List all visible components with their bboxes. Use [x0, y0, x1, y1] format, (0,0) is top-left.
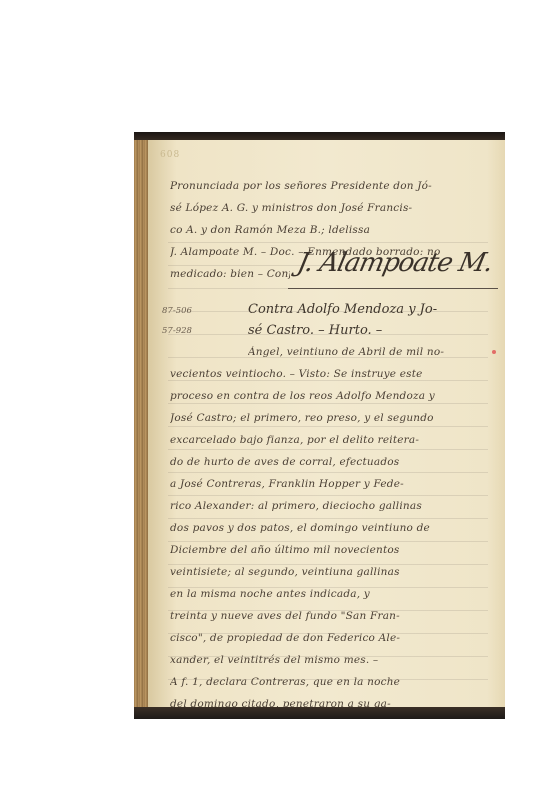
signature-underline	[288, 288, 498, 289]
body-line: en la misma noche antes indicada, y	[170, 588, 488, 600]
case-title: Contra Adolfo Mendoza y Jo-	[248, 302, 437, 317]
body-line: vecientos veintiocho. – Visto: Se instru…	[170, 368, 488, 380]
body-line: do de hurto de aves de corral, efectuado…	[170, 456, 488, 468]
body-line: dos pavos y dos patos, el domingo veinti…	[170, 522, 488, 534]
body-line: veintisiete; al segundo, veintiuna galli…	[170, 566, 488, 578]
body-line: a José Contreras, Franklin Hopper y Fede…	[170, 478, 488, 490]
body-line: proceso en contra de los reos Adolfo Men…	[170, 390, 488, 402]
signature: J. Alampoate M.	[295, 248, 495, 278]
header-line: sé López A. G. y ministros don José Fran…	[170, 202, 488, 214]
laser-dot	[492, 350, 496, 354]
document-photo: 608 Pronunciada por los señores Presiden…	[134, 132, 505, 719]
body-line: excarcelado bajo fianza, por el delito r…	[170, 434, 488, 446]
body-line: rico Alexander: al primero, dieciocho ga…	[170, 500, 488, 512]
body-line: José Castro; el primero, reo preso, y el…	[170, 412, 488, 424]
body-line: A f. 1, declara Contreras, que en la noc…	[170, 676, 488, 688]
photo-bottom-shadow	[134, 707, 505, 719]
page-number: 608	[160, 150, 180, 160]
body-line: Diciembre del año último mil novecientos	[170, 544, 488, 556]
body-line: cisco", de propiedad de don Federico Ale…	[170, 632, 488, 644]
body-line: Ángel, veintiuno de Abril de mil no-	[248, 346, 488, 358]
header-line: co A. y don Ramón Meza B.; ldelissa	[170, 224, 488, 236]
header-line: medicado: bien – Conforme.	[170, 268, 290, 280]
case-title: sé Castro. – Hurto. –	[248, 323, 382, 338]
header-line: Pronunciada por los señores Presidente d…	[170, 180, 488, 192]
body-line: xander, el veintitrés del mismo mes. –	[170, 654, 488, 666]
margin-code: 87-506	[162, 306, 192, 316]
ledger-page: 608 Pronunciada por los señores Presiden…	[148, 140, 505, 710]
margin-code: 57-928	[162, 326, 192, 336]
body-line: treinta y nueve aves del fundo "San Fran…	[170, 610, 488, 622]
